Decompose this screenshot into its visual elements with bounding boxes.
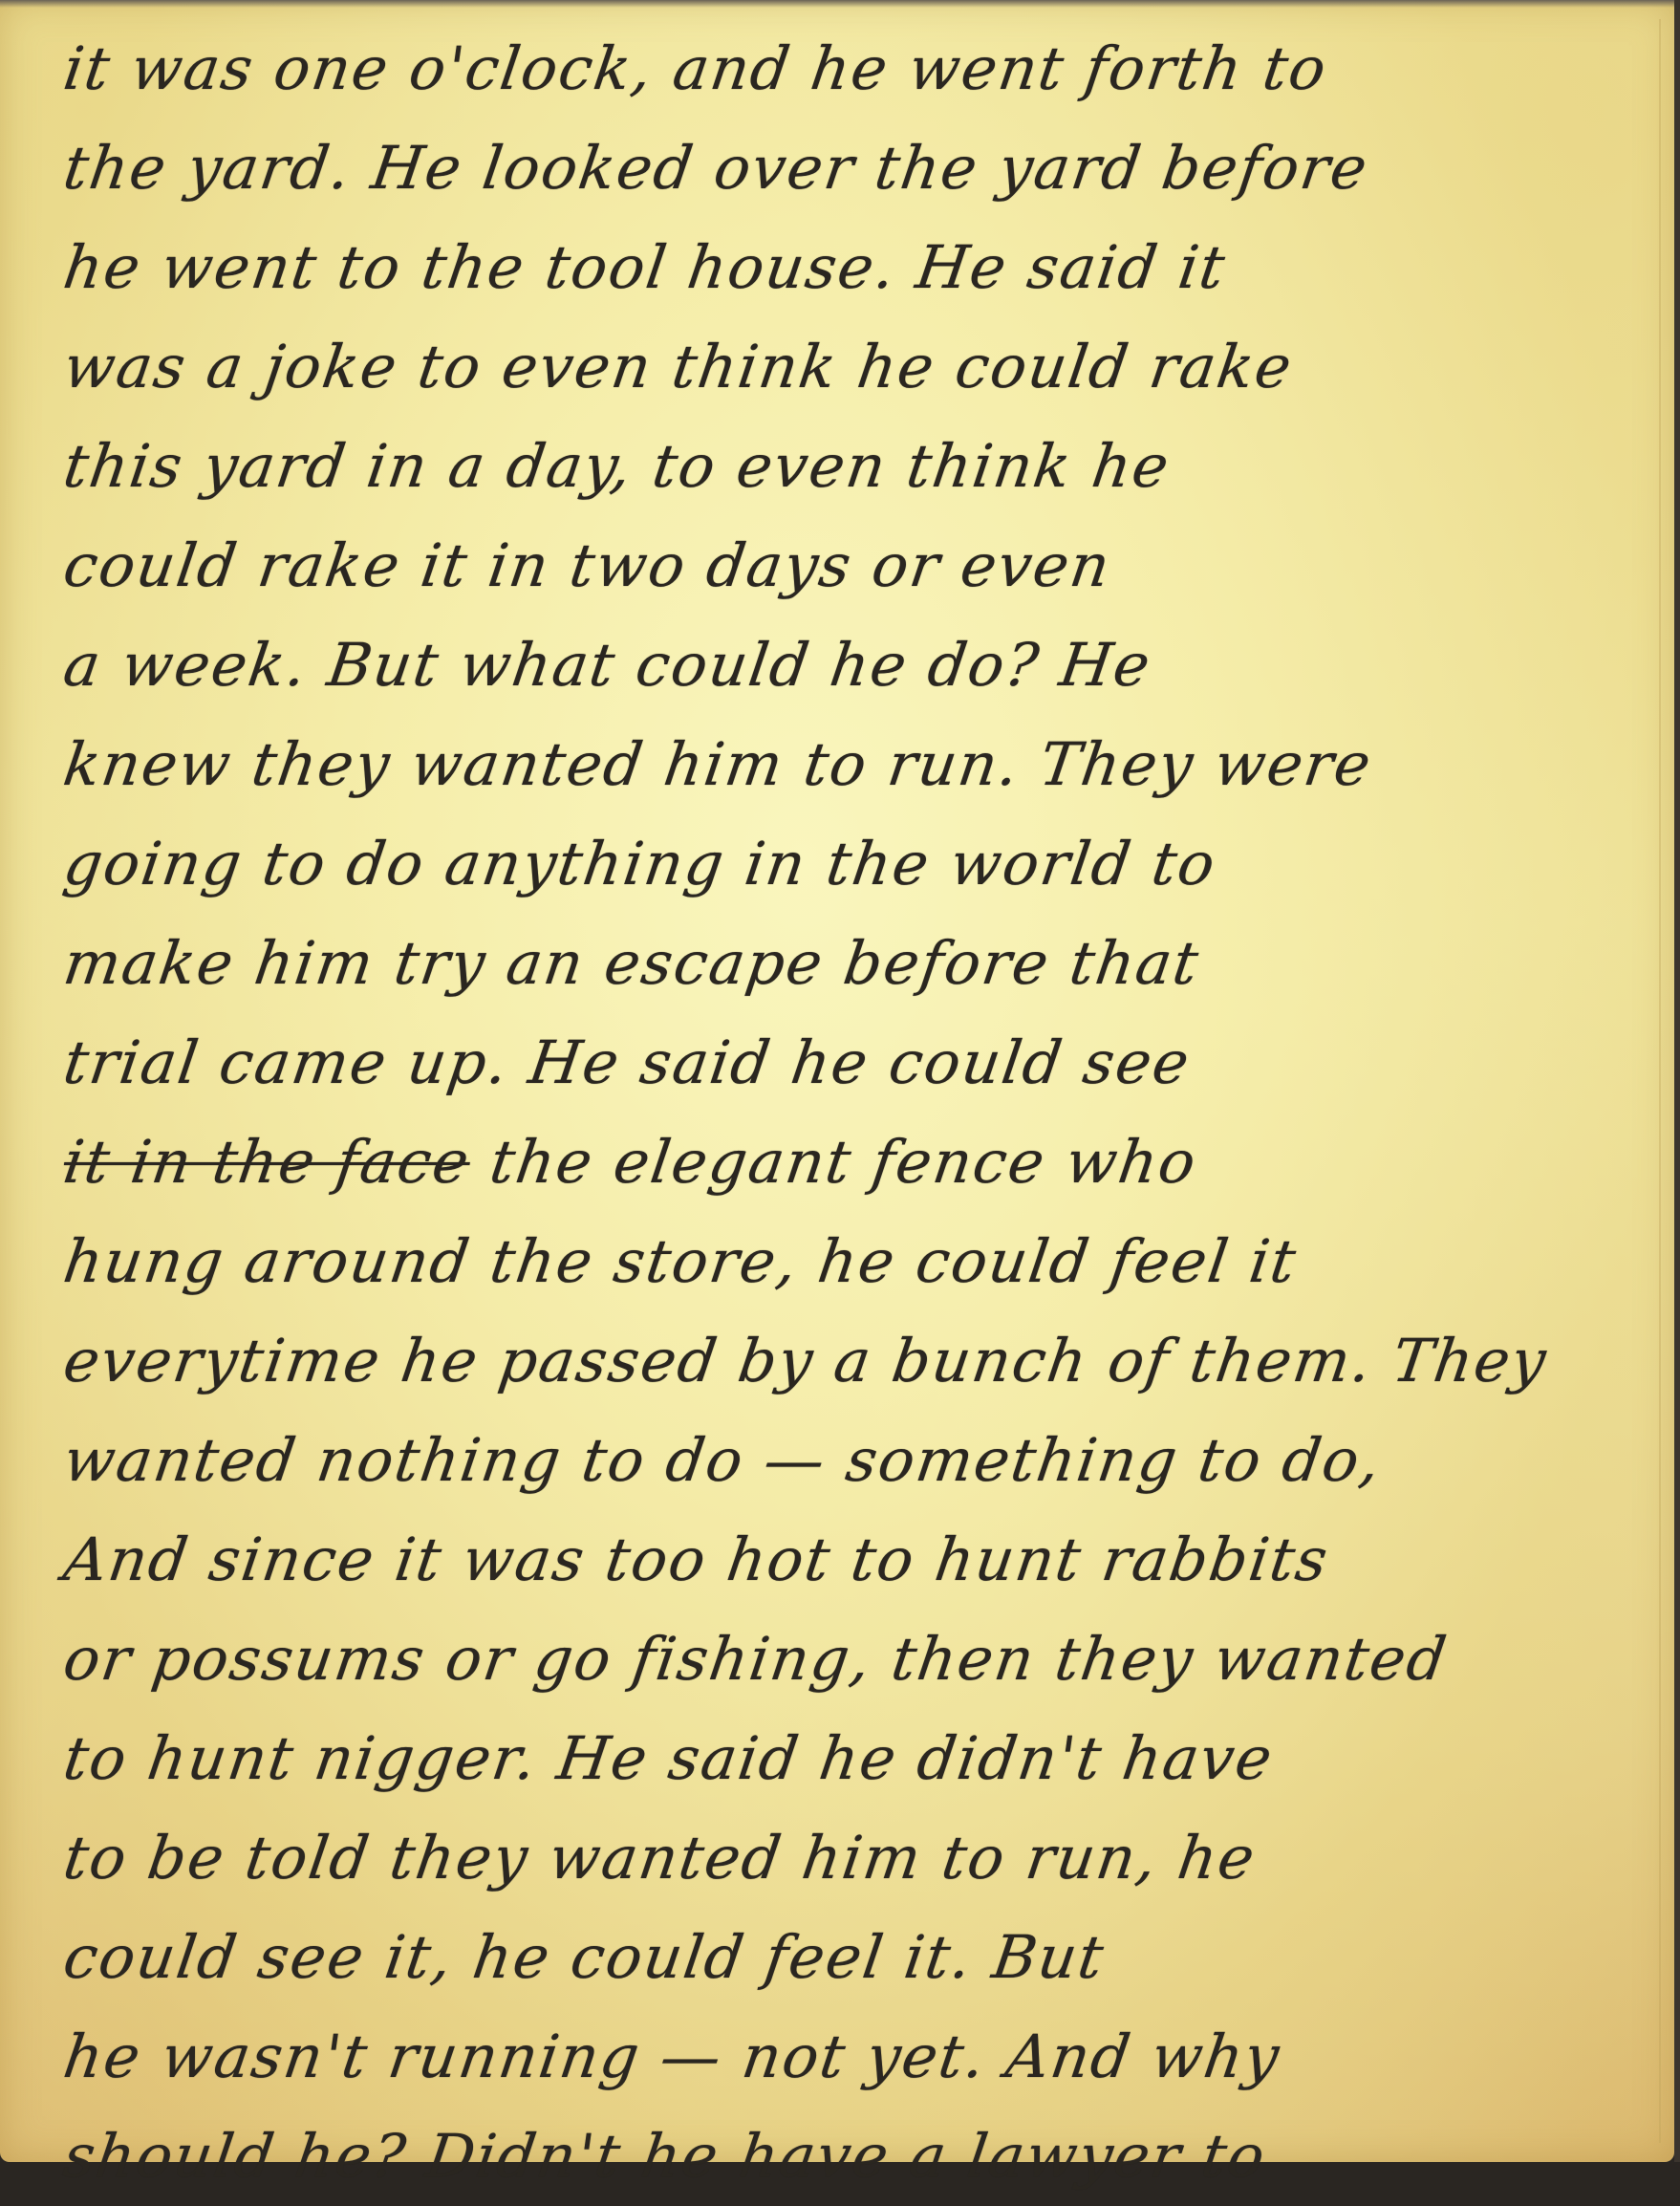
text-line-3: he went to the tool house. He said it xyxy=(57,218,1639,317)
text-line-15: wanted nothing to do — something to do, xyxy=(57,1411,1639,1510)
text-line-20: could see it, he could feel it. But xyxy=(57,1908,1639,2007)
text-line-19: to be told they wanted him to run, he xyxy=(57,1808,1639,1908)
handwritten-text-block: it was one o'clock, and he went forth to… xyxy=(57,19,1625,2170)
text-line-14: everytime he passed by a bunch of them. … xyxy=(57,1311,1639,1411)
text-line-13: hung around the store, he could feel it xyxy=(57,1212,1639,1311)
struck-through-text: it in the face xyxy=(59,1127,475,1197)
text-line-10: make him try an escape before that xyxy=(57,914,1639,1013)
text-line-11: trial came up. He said he could see xyxy=(57,1013,1639,1113)
text-line-12: it in the face the elegant fence who xyxy=(57,1113,1639,1212)
text-line-6: could rake it in two days or even xyxy=(57,516,1639,616)
text-line-7: a week. But what could he do? He xyxy=(57,616,1639,715)
text-line-21: he wasn't running — not yet. And why xyxy=(57,2007,1639,2107)
text-line-9: going to do anything in the world to xyxy=(57,814,1639,914)
text-line-22: should he? Didn't he have a lawyer to xyxy=(57,2107,1639,2170)
text-line-18: to hunt nigger. He said he didn't have xyxy=(57,1709,1639,1808)
text-line-17: or possums or go fishing, then they want… xyxy=(57,1610,1639,1709)
text-line-5: this yard in a day, to even think he xyxy=(57,417,1639,516)
manuscript-page: it was one o'clock, and he went forth to… xyxy=(0,0,1674,2162)
text-line-2: the yard. He looked over the yard before xyxy=(57,119,1639,218)
page-edge xyxy=(1659,19,1661,2143)
text-line-8: knew they wanted him to run. They were xyxy=(57,715,1639,814)
text-line-16: And since it was too hot to hunt rabbits xyxy=(57,1510,1639,1610)
text-line-4: was a joke to even think he could rake xyxy=(57,317,1639,417)
text-line-1: it was one o'clock, and he went forth to xyxy=(57,19,1639,119)
